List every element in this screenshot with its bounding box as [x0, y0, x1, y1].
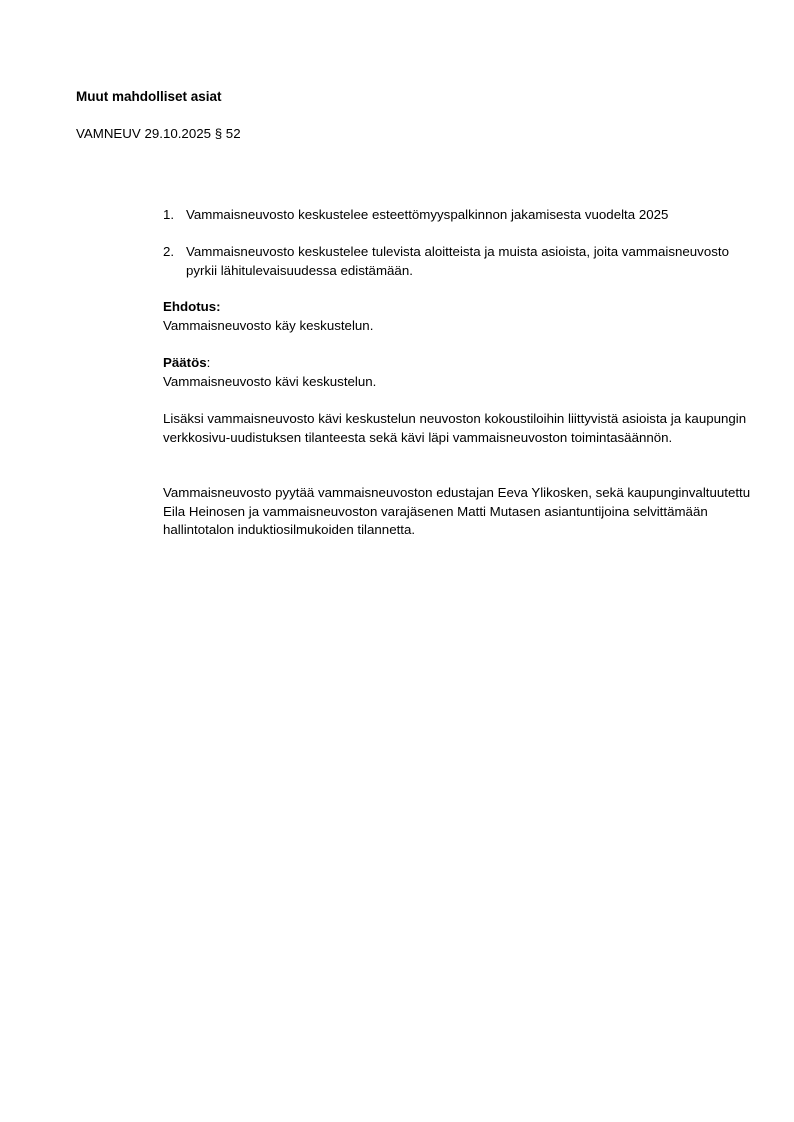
- list-item-number: 1.: [163, 206, 174, 225]
- proposal-label: Ehdotus:: [163, 299, 221, 314]
- list-item-text: Vammaisneuvosto keskustelee tulevista al…: [186, 244, 729, 278]
- proposal-text: Vammaisneuvosto käy keskustelun.: [163, 317, 763, 336]
- decision-label: Päätös: [163, 355, 207, 370]
- proposal-section: Ehdotus: Vammaisneuvosto käy keskustelun…: [163, 298, 763, 335]
- list-item-number: 2.: [163, 243, 174, 262]
- list-item: 2. Vammaisneuvosto keskustelee tulevista…: [163, 243, 763, 280]
- section-title: Muut mahdolliset asiat: [76, 88, 222, 107]
- discussion-items-list: 1. Vammaisneuvosto keskustelee esteettöm…: [163, 206, 763, 299]
- decision-text: Vammaisneuvosto kävi keskustelun.: [163, 373, 763, 392]
- decision-label-colon: :: [207, 355, 211, 370]
- meeting-reference: VAMNEUV 29.10.2025 § 52: [76, 125, 241, 144]
- list-item-text: Vammaisneuvosto keskustelee esteettömyys…: [186, 207, 668, 222]
- additional-discussion-paragraph: Lisäksi vammaisneuvosto kävi keskustelun…: [163, 410, 763, 447]
- decision-section: Päätös: Vammaisneuvosto kävi keskustelun…: [163, 354, 763, 391]
- expert-request-paragraph: Vammaisneuvosto pyytää vammaisneuvoston …: [163, 484, 763, 540]
- list-item: 1. Vammaisneuvosto keskustelee esteettöm…: [163, 206, 763, 225]
